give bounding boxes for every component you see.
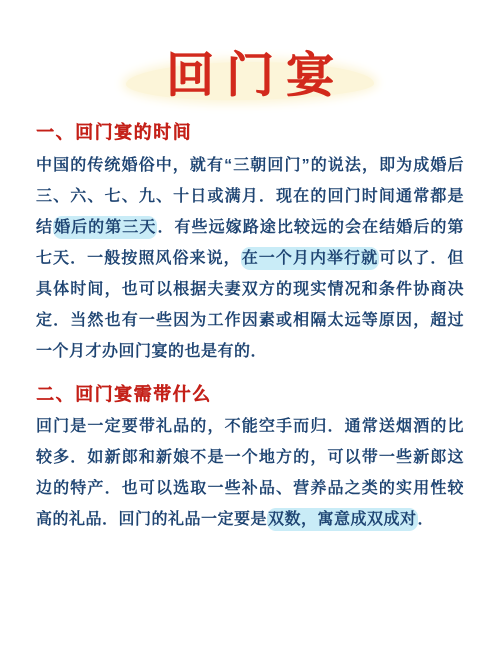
page: { "title": { "text": "回门宴" }, "sections"… (0, 0, 500, 654)
section-1-heading: 一、回门宴的时间 (36, 121, 464, 143)
highlighted-text: 双数，寓意成双成对 (267, 508, 418, 531)
text-segment: ． (418, 511, 435, 528)
highlighted-text: 婚后的第三天 (53, 216, 157, 239)
title-banner: 回门宴 (0, 0, 500, 112)
section-2-heading: 二、回门宴需带什么 (36, 383, 464, 405)
page-title: 回门宴 (0, 50, 500, 103)
section-2-paragraph: 回门是一定要带礼品的，不能空手而归．通常送烟酒的比较多．如新郎和新娘不是一个地方… (36, 411, 464, 535)
infographic-sheet: 回门宴 一、回门宴的时间 中国的传统婚俗中，就有“三朝回门”的说法，即为成婚后三… (0, 0, 500, 654)
highlighted-text: 在一个月内举行就 (241, 247, 380, 270)
content-area: 一、回门宴的时间 中国的传统婚俗中，就有“三朝回门”的说法，即为成婚后三、六、七… (0, 121, 500, 535)
section-1-paragraph: 中国的传统婚俗中，就有“三朝回门”的说法，即为成婚后三、六、七、九、十日或满月．… (36, 150, 464, 367)
